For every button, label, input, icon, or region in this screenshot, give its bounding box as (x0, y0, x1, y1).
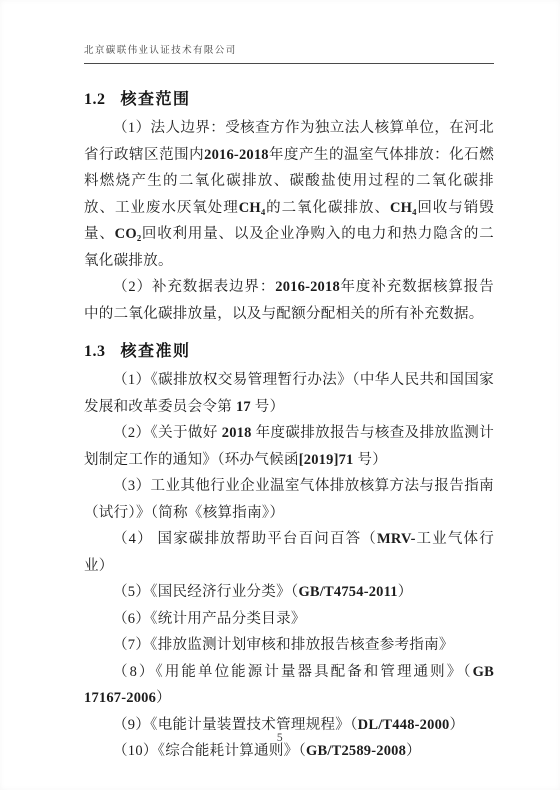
text-run: 号） (354, 452, 388, 468)
section-1-3-paragraphs: （1）《碳排放权交易管理暂行办法》（中华人民共和国国家发展和改革委员会令第 17… (84, 367, 494, 765)
page-footer: 5 (0, 728, 560, 746)
text-run: 17 (236, 399, 251, 415)
paragraph: （6）《统计用产品分类目录》 (84, 606, 494, 633)
paragraph: （1）法人边界：受核查方作为独立法人核算单位，在河北省行政辖区范围内2016-2… (84, 115, 494, 274)
paragraph: （7）《排放监测计划审核和排放报告核查参考指南》 (84, 632, 494, 659)
paragraph: （5）《国民经济行业分类》（GB/T4754-2011） (84, 579, 494, 606)
text-run: [2019]71 (299, 452, 354, 468)
text-run: 回收利用量、以及企业净购入的电力和热力隐含的二氧化碳排放。 (84, 226, 494, 269)
section-number: 1.2 (84, 89, 106, 111)
text-run: （2）补充数据表边界： (113, 279, 275, 295)
text-run: 2018 (222, 425, 252, 441)
section-number: 1.3 (84, 341, 106, 363)
text-run: GB/T4754-2011 (298, 584, 397, 600)
text-run: （2）《关于做好 (113, 425, 222, 441)
text-run: （4） 国家碳排放帮助平台百问百答（ (113, 531, 377, 547)
section-title: 核查准则 (121, 343, 191, 360)
text-run: （6）《统计用产品分类目录》 (113, 611, 306, 627)
paragraph: （8）《用能单位能源计量器具配备和管理通则》（GB 17167-2006） (84, 659, 494, 712)
text-run: （5）《国民经济行业分类》（ (113, 584, 298, 600)
text-run: （7）《排放监测计划审核和排放报告核查参考指南》 (113, 637, 454, 653)
text-run: ） (398, 584, 413, 600)
paragraph: （1）《碳排放权交易管理暂行办法》（中华人民共和国国家发展和改革委员会令第 17… (84, 367, 494, 420)
page-header: 北京碳联伟业认证技术有限公司 (84, 40, 494, 64)
text-run: 的二氧化碳排放、 (265, 200, 389, 216)
text-run: （1）《碳排放权交易管理暂行办法》（中华人民共和国国家发展和改革委员会令第 (84, 372, 494, 415)
text-run: CH₄ (390, 200, 417, 216)
document-page: 北京碳联伟业认证技术有限公司 1.2核查范围 （1）法人边界：受核查方作为独立法… (0, 0, 560, 790)
paragraph: （3）工业其他行业企业温室气体排放核算方法与报告指南（试行）》（简称《核算指南》… (84, 473, 494, 526)
text-run: 2016-2018 (275, 279, 340, 295)
text-run: MRV- (377, 531, 416, 547)
section-title: 核查范围 (121, 91, 191, 108)
section-heading-1-2: 1.2核查范围 (84, 89, 494, 111)
text-run: 2016-2018 (204, 147, 269, 163)
text-run: （8）《用能单位能源计量器具配备和管理通则》（ (113, 664, 473, 680)
section-heading-1-3: 1.3核查准则 (84, 341, 494, 363)
text-run: （3）工业其他行业企业温室气体排放核算方法与报告指南（试行）》（简称《核算指南》… (84, 478, 494, 521)
paragraph: （4） 国家碳排放帮助平台百问百答（MRV-工业气体行业） (84, 526, 494, 579)
text-run: CH₄ (239, 200, 266, 216)
text-run: ） (156, 690, 171, 706)
page-number: 5 (277, 732, 283, 744)
paragraph: （2）《关于做好 2018 年度碳排放报告与核查及排放监测计划制定工作的通知》（… (84, 420, 494, 473)
section-1-2-paragraphs: （1）法人边界：受核查方作为独立法人核算单位，在河北省行政辖区范围内2016-2… (84, 115, 494, 327)
text-run: CO₂ (115, 226, 142, 242)
company-name: 北京碳联伟业认证技术有限公司 (84, 46, 237, 56)
paragraph: （2）补充数据表边界：2016-2018年度补充数据核算报告中的二氧化碳排放量，… (84, 274, 494, 327)
text-run: 号） (251, 399, 285, 415)
